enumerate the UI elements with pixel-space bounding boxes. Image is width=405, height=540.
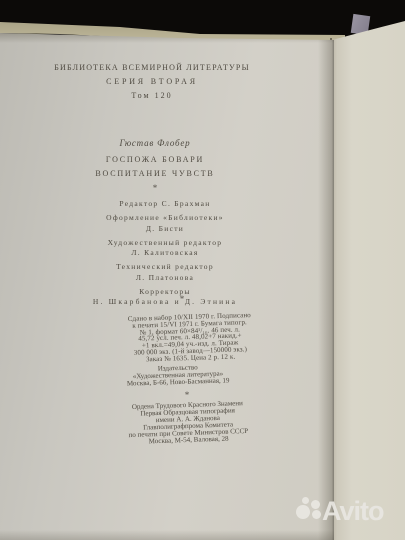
facing-page: [330, 0, 405, 540]
title-block: Гюстав Флобер ГОСПОЖА БОВАРИ ВОСПИТАНИЕ …: [5, 138, 305, 183]
credit-line: Технический редактор: [15, 262, 315, 273]
print-info-block: Сдано в набор 10/XII 1970 г. Подписано к…: [39, 309, 340, 366]
credits-block: Редактор С. Брахман Оформление «Библиоте…: [15, 199, 315, 311]
credit-line: Л. Платонова: [15, 273, 315, 284]
separator-asterisk: *: [172, 294, 192, 304]
gutter-shadow: [318, 0, 334, 540]
credit-line: Корректоры: [15, 287, 315, 298]
series-header: БИБЛИОТЕКА ВСЕМИРНОЙ ЛИТЕРАТУРЫ СЕРИЯ ВТ…: [2, 63, 302, 100]
credit-group: Редактор С. Брахман: [15, 199, 315, 210]
credit-line: Н. Шкарбанова и Д. Этнина: [15, 297, 315, 308]
credit-line: Л. Калитовская: [15, 248, 315, 259]
avito-logo-dot-icon: [302, 497, 309, 504]
credit-line: Д. Бисти: [15, 224, 315, 235]
credit-group: Технический редактор Л. Платонова: [15, 262, 315, 283]
credit-line: Редактор С. Брахман: [15, 199, 315, 210]
avito-logo-dot-icon: [311, 500, 320, 509]
author-name: Гюстав Флобер: [5, 138, 305, 148]
avito-logo-dot-icon: [296, 505, 310, 519]
book-photo: БИБЛИОТЕКА ВСЕМИРНОЙ ЛИТЕРАТУРЫ СЕРИЯ ВТ…: [0, 0, 405, 540]
separator-asterisk: *: [145, 183, 165, 193]
avito-watermark-text: Avito: [322, 496, 384, 527]
credit-line: Оформление «Библиотеки»: [15, 213, 315, 224]
volume-number: Том 120: [2, 91, 302, 100]
book-title-1: ГОСПОЖА БОВАРИ: [5, 155, 305, 164]
credit-group: Художественный редактор Л. Калитовская: [15, 238, 315, 259]
credit-group: Оформление «Библиотеки» Д. Бисти: [15, 213, 315, 234]
page-bottom-shadow: [0, 530, 334, 540]
avito-watermark: Avito: [294, 494, 400, 536]
credit-group: Корректоры Н. Шкарбанова и Д. Этнина: [15, 287, 315, 308]
separator-asterisk: *: [177, 390, 197, 400]
series-number: СЕРИЯ ВТОРАЯ: [2, 77, 302, 86]
book-title-2: ВОСПИТАНИЕ ЧУВСТВ: [5, 169, 305, 178]
credit-line: Художественный редактор: [15, 238, 315, 249]
avito-logo-dot-icon: [312, 510, 321, 519]
series-title: БИБЛИОТЕКА ВСЕМИРНОЙ ЛИТЕРАТУРЫ: [2, 63, 302, 72]
